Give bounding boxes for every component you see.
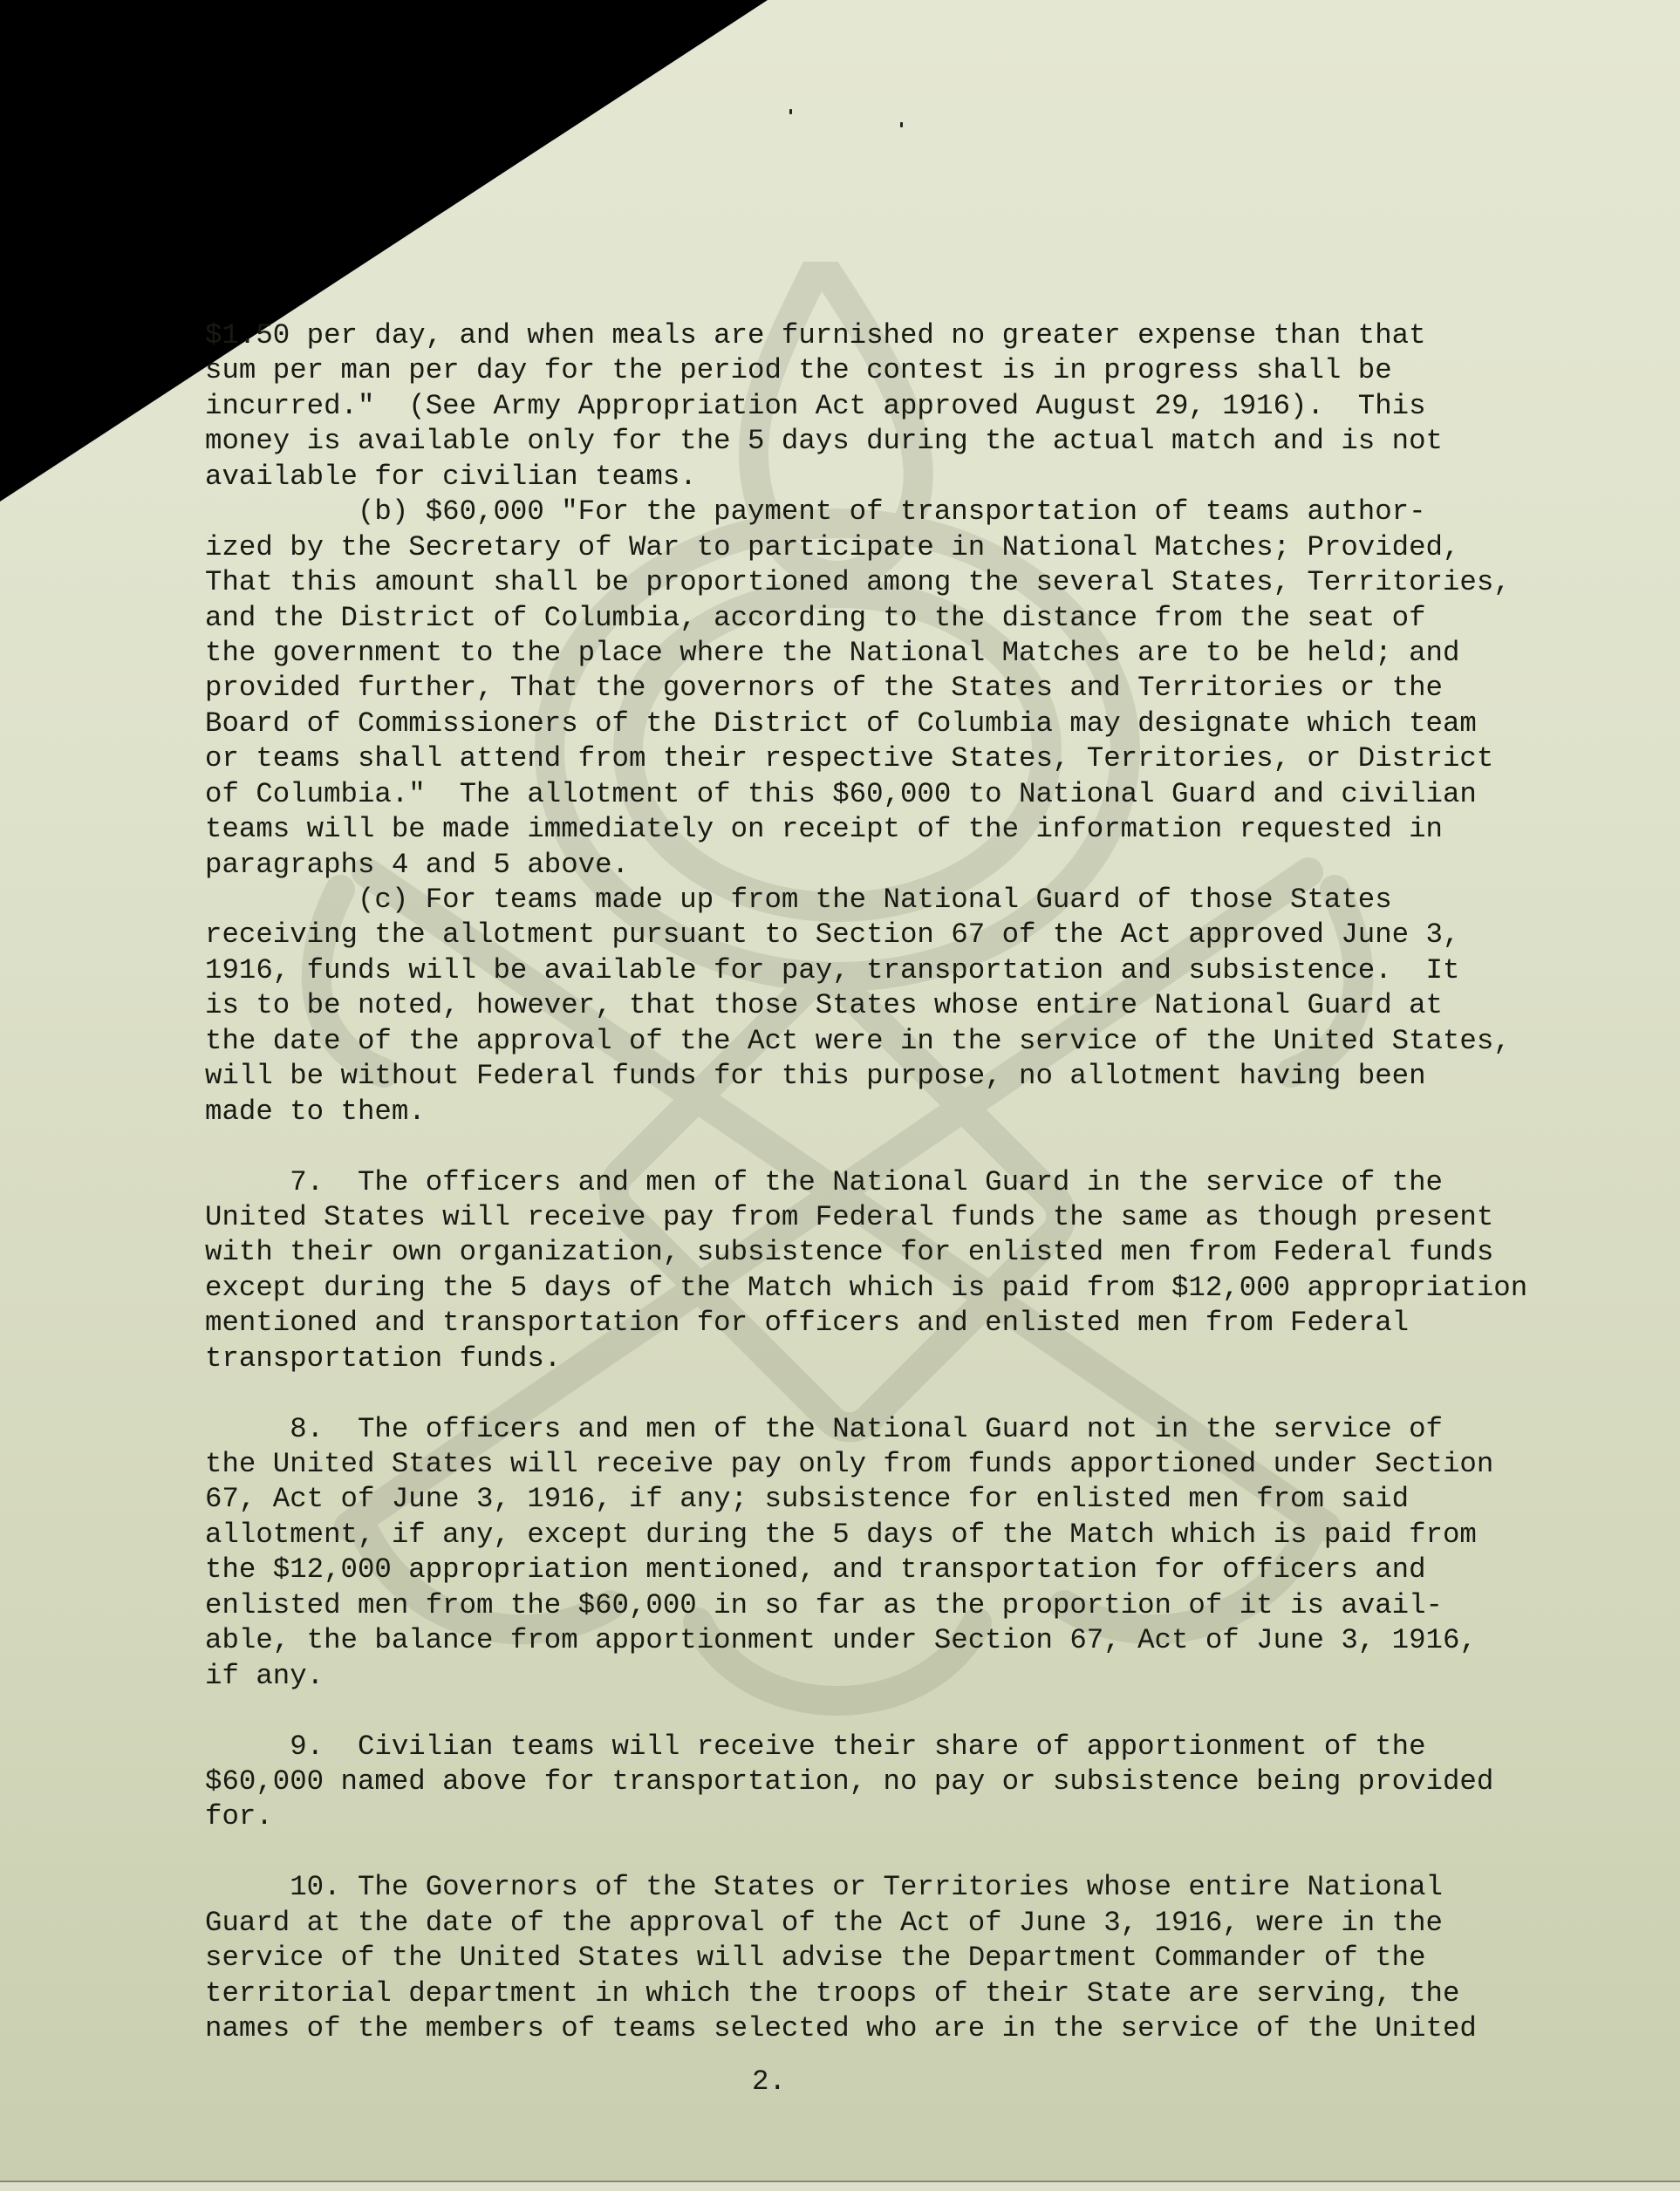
paragraph-para-6b: (b) $60,000 "For the payment of transpor… — [205, 495, 1601, 883]
text-line: $60,000 named above for transportation, … — [205, 1764, 1601, 1799]
text-line: except during the 5 days of the Match wh… — [205, 1271, 1601, 1306]
text-line: receiving the allotment pursuant to Sect… — [205, 918, 1601, 952]
text-line: teams will be made immediately on receip… — [205, 812, 1601, 847]
text-line: 10. The Governors of the States or Terri… — [205, 1870, 1601, 1905]
text-line: if any. — [205, 1659, 1601, 1694]
paragraph-gap — [205, 1694, 1601, 1729]
text-line: That this amount shall be proportioned a… — [205, 565, 1601, 600]
text-line: United States will receive pay from Fede… — [205, 1200, 1601, 1235]
text-line: ized by the Secretary of War to particip… — [205, 530, 1601, 565]
text-line: enlisted men from the $60,000 in so far … — [205, 1588, 1601, 1623]
text-line: (b) $60,000 "For the payment of transpor… — [205, 495, 1601, 529]
paragraph-para-9: 9. Civilian teams will receive their sha… — [205, 1694, 1601, 1835]
paragraph-para-10: 10. The Governors of the States or Terri… — [205, 1835, 1601, 2047]
paragraph-para-6c: (c) For teams made up from the National … — [205, 883, 1601, 1130]
text-line: the $12,000 appropriation mentioned, and… — [205, 1553, 1601, 1587]
page-number: 2. — [752, 2065, 786, 2098]
text-line: the date of the approval of the Act were… — [205, 1024, 1601, 1059]
text-line: $1.50 per day, and when meals are furnis… — [205, 318, 1601, 353]
text-line: 67, Act of June 3, 1916, if any; subsist… — [205, 1482, 1601, 1517]
text-line: 8. The officers and men of the National … — [205, 1412, 1601, 1447]
text-line: Board of Commissioners of the District o… — [205, 706, 1601, 741]
text-line: of Columbia." The allotment of this $60,… — [205, 777, 1601, 812]
text-line: the United States will receive pay only … — [205, 1447, 1601, 1482]
text-line: and the District of Columbia, according … — [205, 601, 1601, 636]
text-line: with their own organization, subsistence… — [205, 1235, 1601, 1270]
text-line: transportation funds. — [205, 1341, 1601, 1376]
text-line: money is available only for the 5 days d… — [205, 424, 1601, 459]
paragraph-gap — [205, 1376, 1601, 1411]
text-line: service of the United States will advise… — [205, 1941, 1601, 1976]
text-line: names of the members of teams selected w… — [205, 2011, 1601, 2046]
paragraph-gap — [205, 1835, 1601, 1870]
text-line: able, the balance from apportionment und… — [205, 1623, 1601, 1658]
text-line: is to be noted, however, that those Stat… — [205, 988, 1601, 1023]
document-body: $1.50 per day, and when meals are furnis… — [205, 318, 1601, 2046]
text-line: available for civilian teams. — [205, 460, 1601, 495]
text-line: made to them. — [205, 1095, 1601, 1130]
text-line: the government to the place where the Na… — [205, 636, 1601, 671]
text-line: for. — [205, 1799, 1601, 1834]
text-line: paragraphs 4 and 5 above. — [205, 848, 1601, 883]
ink-speck — [789, 109, 792, 114]
paragraph-para-8: 8. The officers and men of the National … — [205, 1376, 1601, 1694]
text-line: 1916, funds will be available for pay, t… — [205, 953, 1601, 988]
text-line: mentioned and transportation for officer… — [205, 1306, 1601, 1341]
text-line: provided further, That the governors of … — [205, 671, 1601, 706]
text-line: territorial department in which the troo… — [205, 1976, 1601, 2011]
paragraph-gap — [205, 1130, 1601, 1164]
text-line: will be without Federal funds for this p… — [205, 1059, 1601, 1094]
text-line: Guard at the date of the approval of the… — [205, 1906, 1601, 1941]
text-line: sum per man per day for the period the c… — [205, 353, 1601, 388]
text-line: 9. Civilian teams will receive their sha… — [205, 1730, 1601, 1764]
paragraph-para-7: 7. The officers and men of the National … — [205, 1130, 1601, 1376]
text-line: incurred." (See Army Appropriation Act a… — [205, 389, 1601, 424]
text-line: or teams shall attend from their respect… — [205, 741, 1601, 776]
text-line: allotment, if any, except during the 5 d… — [205, 1518, 1601, 1553]
paragraph-para-6a-continued: $1.50 per day, and when meals are furnis… — [205, 318, 1601, 495]
text-line: (c) For teams made up from the National … — [205, 883, 1601, 918]
page-bottom-edge — [0, 2181, 1680, 2191]
ink-speck — [900, 122, 903, 127]
text-line: 7. The officers and men of the National … — [205, 1165, 1601, 1200]
